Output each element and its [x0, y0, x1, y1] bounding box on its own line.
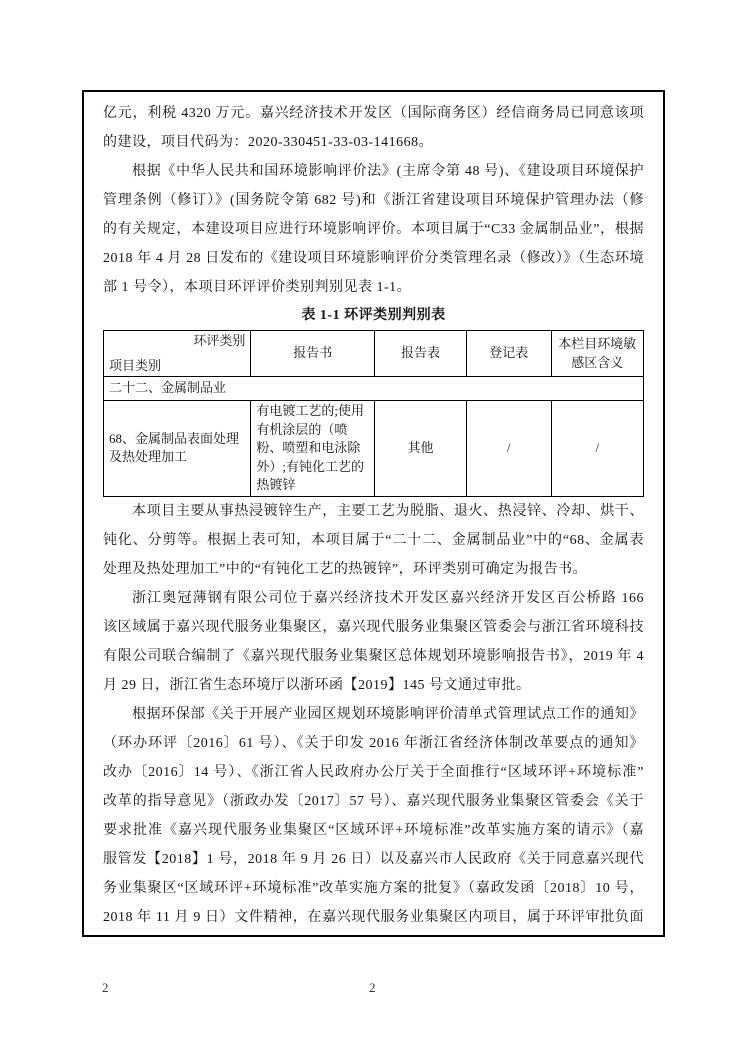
corner-label-project-category: 项目类别 — [109, 357, 161, 376]
cell-report-book: 有电镀工艺的;使用有机涂层的（喷粉、喷塑和电泳除外）;有钝化工艺的热镀锌 — [251, 401, 375, 497]
text-line: 本项目主要从事热浸镀锌生产，主要工艺为脱脂、退火、热浸锌、冷却、烘干、 — [103, 497, 644, 526]
text-line: 改革的指导意见》（浙政办发〔2017〕57 号）、嘉兴现代服务业集聚区管委会《关… — [103, 787, 644, 816]
text-line: 要求批准《嘉兴现代服务业集聚区“区域环评+环境标准”改革实施方案的请示》（嘉 — [103, 816, 644, 845]
table-section-row: 二十二、金属制品业 — [104, 377, 644, 401]
text-line: （环办环评〔2016〕61 号）、《关于印发 2016 年浙江省经济体制改革要点… — [103, 729, 644, 758]
text-line: 亿元，利税 4320 万元。嘉兴经济技术开发区（国际商务区）经信商务局已同意该项… — [103, 99, 644, 128]
table-corner-cell: 环评类别 项目类别 — [104, 331, 251, 377]
paragraph-block-post-table: 本项目主要从事热浸镀锌生产，主要工艺为脱脂、退火、热浸锌、冷却、烘干、钝化、分剪… — [103, 497, 644, 932]
column-header-registration-form: 登记表 — [466, 331, 551, 377]
text-line: 根据《中华人民共和国环境影响评价法》(主席令第 48 号)、《建设项目环境保护 — [103, 157, 644, 186]
table-title: 表 1-1 环评类别判别表 — [103, 305, 644, 326]
text-line: 改办〔2016〕14 号）、《浙江省人民政府办公厅关于全面推行“区域环评+环境标… — [103, 758, 644, 787]
text-line: 处理及热处理加工”中的“有钝化工艺的热镀锌”，环评类别可确定为报告书。 — [103, 555, 644, 584]
text-line: 根据环保部《关于开展产业园区规划环境影响评价清单式管理试点工作的通知》 — [103, 700, 644, 729]
table-header-row: 环评类别 项目类别 报告书 报告表 登记表 本栏目环境敏感区含义 — [104, 331, 644, 377]
cell-sensitive-area: / — [551, 401, 643, 497]
paragraph-block-pre-table: 亿元，利税 4320 万元。嘉兴经济技术开发区（国际商务区）经信商务局已同意该项… — [103, 99, 644, 302]
text-line: 浙江奥冠薄钢有限公司位于嘉兴经济技术开发区嘉兴经济开发区百公桥路 166 号， — [103, 584, 644, 613]
column-header-report-book: 报告书 — [251, 331, 375, 377]
text-line: 月 29 日，浙江省生态环境厅以浙环函【2019】145 号文通过审批。 — [103, 671, 644, 700]
text-line: 有限公司联合编制了《嘉兴现代服务业集聚区总体规划环境影响报告书》，2019 年 … — [103, 642, 644, 671]
section-row-label: 二十二、金属制品业 — [104, 377, 644, 401]
text-line: 该区域属于嘉兴现代服务业集聚区，嘉兴现代服务业集聚区管委会与浙江省环境科技 — [103, 613, 644, 642]
text-line: 的建设，项目代码为：2020-330451-33-03-141668。 — [103, 128, 644, 157]
corner-label-eia-category: 环评类别 — [193, 332, 245, 351]
column-header-sensitive-area: 本栏目环境敏感区含义 — [551, 331, 643, 377]
text-line: 管理条例（修订）》(国务院令第 682 号)和《浙江省建设项目环境保护管理办法（… — [103, 186, 644, 215]
cell-project-category: 68、金属制品表面处理及热处理加工 — [104, 401, 251, 497]
text-line: 的有关规定，本建设项目应进行环境影响评价。本项目属于“C33 金属制品业”，根据 — [103, 215, 644, 244]
eia-category-table: 环评类别 项目类别 报告书 报告表 登记表 本栏目环境敏感区含义 二十二、金属制… — [103, 330, 644, 497]
text-line: 部 1 号令），本项目环评评价类别判别见表 1-1。 — [103, 273, 644, 302]
column-header-report-form: 报告表 — [375, 331, 467, 377]
text-line: 务业集聚区“区域环评+环境标准”改革实施方案的批复》（嘉政发函〔2018〕10 … — [103, 874, 644, 903]
cell-registration-form: / — [466, 401, 551, 497]
page-number-center: 2 — [369, 980, 376, 996]
text-line: 2018 年 4 月 28 日发布的《建设项目环境影响评价分类管理名录（修改）》… — [103, 244, 644, 273]
cell-report-form: 其他 — [375, 401, 467, 497]
text-line: 服管发【2018】1 号，2018 年 9 月 26 日）以及嘉兴市人民政府《关… — [103, 845, 644, 874]
table-data-row: 68、金属制品表面处理及热处理加工 有电镀工艺的;使用有机涂层的（喷粉、喷塑和电… — [104, 401, 644, 497]
text-line: 2018 年 11 月 9 日）文件精神，在嘉兴现代服务业集聚区内项目，属于环评… — [103, 903, 644, 932]
text-line: 钝化、分剪等。根据上表可知，本项目属于“二十二、金属制品业”中的“68、金属表面 — [103, 526, 644, 555]
document-page-frame: 亿元，利税 4320 万元。嘉兴经济技术开发区（国际商务区）经信商务局已同意该项… — [82, 90, 665, 937]
page-number-left: 2 — [102, 980, 109, 996]
